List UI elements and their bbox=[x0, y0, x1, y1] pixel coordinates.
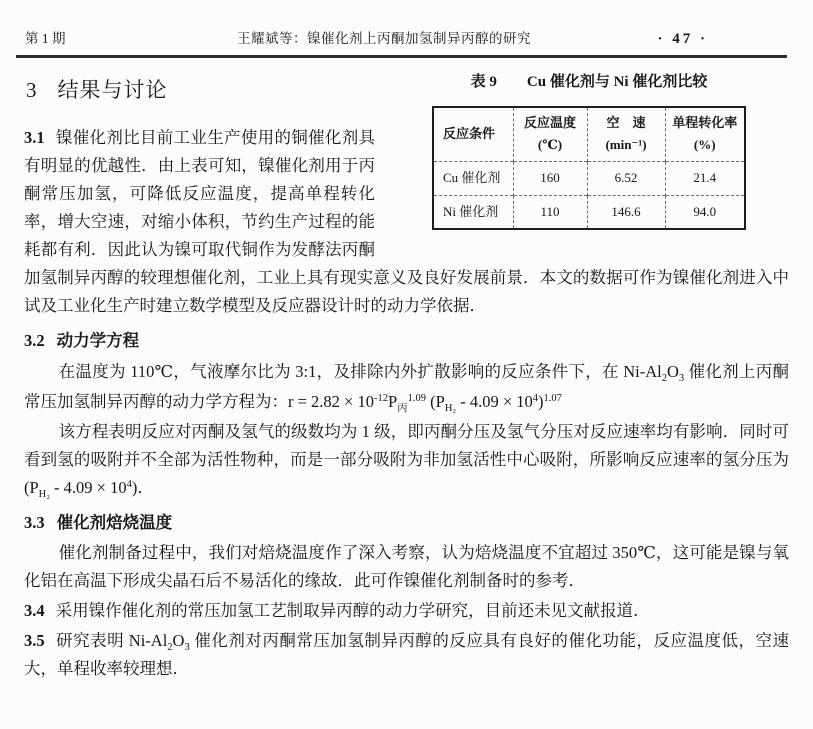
page-header: 第 1 期 王耀斌等：镍催化剂上丙酮加氢制异丙醇的研究 · 47 · bbox=[0, 0, 813, 54]
paragraph-3-5: 3.5研究表明 Ni-Al2O3 催化剂对丙酮常压加氢制异丙醇的反应具有良好的催… bbox=[24, 627, 789, 683]
table9-caption-title: Cu 催化剂与 Ni 催化剂比较 bbox=[527, 74, 707, 90]
table9-col-header-conversion-unit: (%) bbox=[671, 134, 740, 156]
section-3-2-title: 动力学方程 bbox=[57, 331, 140, 350]
section-3-title: 结果与讨论 bbox=[58, 78, 168, 102]
section-3-2-heading: 3.2动力学方程 bbox=[24, 327, 789, 355]
table9-col-header-temperature: 反应温度 (℃) bbox=[513, 107, 587, 161]
section-3-3-heading: 3.3催化剂焙烧温度 bbox=[24, 509, 789, 537]
section-3-number: 3 bbox=[26, 78, 38, 102]
paragraph-3-3: 催化剂制备过程中，我们对焙烧温度作了深入考察，认为焙烧温度不宜超过 350℃，这… bbox=[24, 539, 789, 595]
table9-col-header-space-velocity-line1: 空 速 bbox=[593, 112, 660, 134]
table9-cell-ni-space-velocity: 146.6 bbox=[587, 195, 665, 229]
paragraph-3-2-discussion: 该方程表明反应对丙酮及氢气的级数均为 1 级，即丙酮分压及氢气分压对反应速率均有… bbox=[24, 418, 789, 502]
table9-col-header-temperature-line1: 反应温度 bbox=[519, 112, 582, 134]
page-content: 表 9Cu 催化剂与 Ni 催化剂比较 反应条件 反应温度 (℃) 空 速 (m… bbox=[0, 58, 813, 683]
paragraph-3-4: 3.4采用镍作催化剂的常压加氢工艺制取异丙醇的动力学研究，目前还未见文献报道． bbox=[24, 597, 789, 625]
paragraph-3-4-text: 采用镍作催化剂的常压加氢工艺制取异丙醇的动力学研究，目前还未见文献报道． bbox=[56, 601, 650, 620]
table9-col-header-space-velocity-unit: (min⁻¹) bbox=[593, 134, 660, 156]
table9-caption: 表 9Cu 催化剂与 Ni 催化剂比较 bbox=[389, 68, 789, 96]
paragraph-3-2-kinetic-equation: 在温度为 110℃，气液摩尔比为 3:1，及排除内外扩散影响的反应条件下，在 N… bbox=[24, 357, 789, 417]
table9: 反应条件 反应温度 (℃) 空 速 (min⁻¹) 单程转化率 (%) bbox=[432, 106, 746, 230]
table9-cell-ni-name: Ni 催化剂 bbox=[433, 195, 513, 229]
paragraph-3-5-text: 研究表明 Ni-Al2O3 催化剂对丙酮常压加氢制异丙醇的反应具有良好的催化功能… bbox=[24, 631, 789, 678]
paragraph-3-1-number: 3.1 bbox=[24, 128, 45, 147]
paragraph-3-4-number: 3.4 bbox=[24, 601, 45, 620]
paragraph-3-3-text: 催化剂制备过程中，我们对焙烧温度作了深入考察，认为焙烧温度不宜超过 350℃，这… bbox=[24, 543, 789, 590]
paper-page: 第 1 期 王耀斌等：镍催化剂上丙酮加氢制异丙醇的研究 · 47 · 表 9Cu… bbox=[0, 0, 813, 729]
table9-caption-label: 表 9 bbox=[471, 74, 497, 90]
table9-col-header-space-velocity: 空 速 (min⁻¹) bbox=[587, 107, 665, 161]
table9-header-row: 反应条件 反应温度 (℃) 空 速 (min⁻¹) 单程转化率 (%) bbox=[433, 107, 745, 161]
table9-cell-ni-conversion: 94.0 bbox=[665, 195, 745, 229]
table9-row-ni: Ni 催化剂 110 146.6 94.0 bbox=[433, 195, 745, 229]
section-3-3-number: 3.3 bbox=[24, 513, 45, 532]
table9-cell-cu-conversion: 21.4 bbox=[665, 161, 745, 195]
section-3-2-number: 3.2 bbox=[24, 331, 45, 350]
page-number: · 47 · bbox=[608, 31, 813, 48]
table9-block: 表 9Cu 催化剂与 Ni 催化剂比较 反应条件 反应温度 (℃) 空 速 (m… bbox=[389, 68, 789, 230]
table9-col-header-conditions: 反应条件 bbox=[433, 107, 513, 161]
section-3-3-title: 催化剂焙烧温度 bbox=[57, 513, 173, 532]
table9-cell-cu-space-velocity: 6.52 bbox=[587, 161, 665, 195]
paragraph-3-5-number: 3.5 bbox=[24, 631, 45, 650]
table9-col-header-conversion-line1: 单程转化率 bbox=[671, 112, 740, 134]
table9-col-header-temperature-unit: (℃) bbox=[519, 134, 582, 156]
running-title: 王耀斌等：镍催化剂上丙酮加氢制异丙醇的研究 bbox=[160, 27, 608, 47]
table9-cell-cu-temp: 160 bbox=[513, 161, 587, 195]
table9-cell-cu-name: Cu 催化剂 bbox=[433, 161, 513, 195]
table9-row-cu: Cu 催化剂 160 6.52 21.4 bbox=[433, 161, 745, 195]
table9-col-header-conversion: 单程转化率 (%) bbox=[665, 107, 745, 161]
journal-issue: 第 1 期 bbox=[0, 27, 160, 47]
table9-cell-ni-temp: 110 bbox=[513, 195, 587, 229]
